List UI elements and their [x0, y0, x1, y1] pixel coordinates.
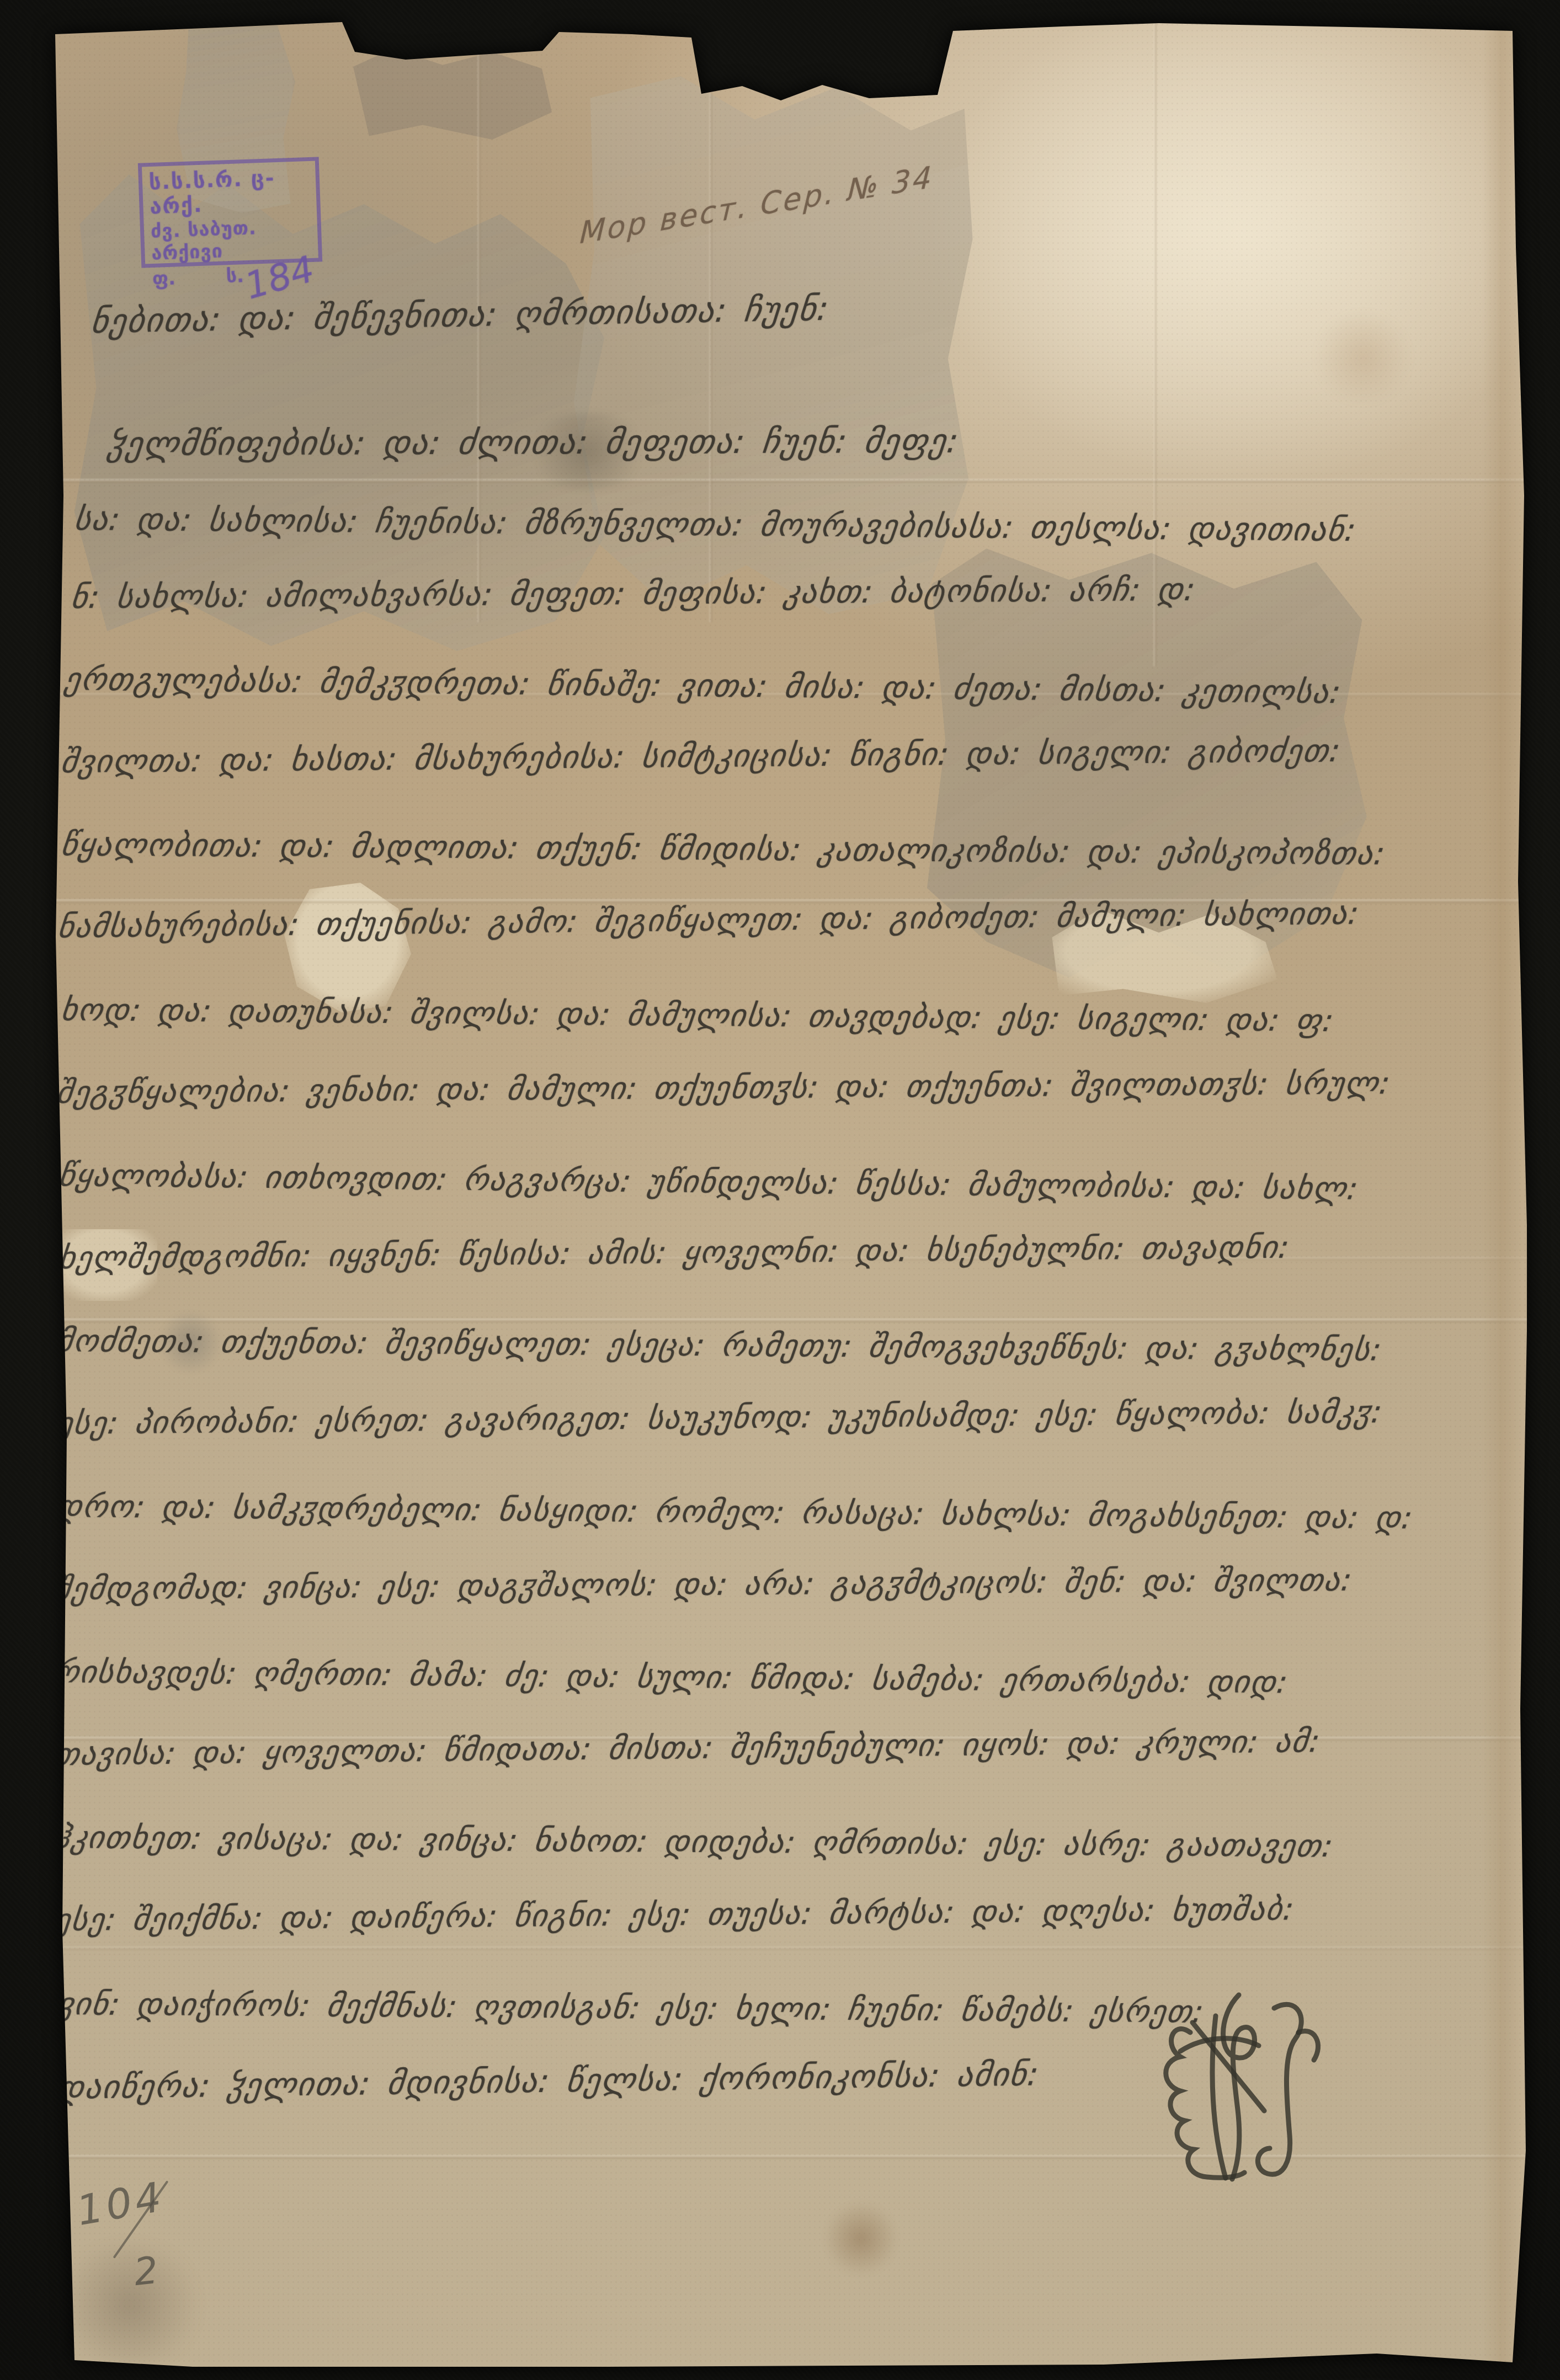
stain — [825, 2200, 897, 2277]
manuscript-line: დრო: და: სამკჳდრებელი: ნასყიდი: რომელ: რ… — [55, 1488, 1416, 1536]
stamp-line-1: ს.ს.ს.რ. ც-არქ. — [148, 164, 311, 218]
fold-crease — [52, 1946, 1527, 1950]
manuscript-line: ჴელმწიფებისა: და: ძლითა: მეფეთა: ჩუენ: მ… — [105, 422, 962, 463]
manuscript-line: მოძმეთა: თქუენთა: შევიწყალეთ: ესეცა: რამ… — [55, 1323, 1385, 1368]
pencil-annotation: 104 2 — [74, 2167, 240, 2310]
manuscript-line: ესე: პირობანი: ესრეთ: გავარიგეთ: საუკუნო… — [55, 1394, 1385, 1442]
manuscript-line: ესე: შეიქმნა: და: დაიწერა: წიგნი: ესე: თ… — [52, 1891, 1297, 1938]
fold-crease-vertical — [1153, 15, 1157, 666]
manuscript-line: შეგჳწყალებია: ვენახი: და: მამული: თქუენთ… — [55, 1065, 1393, 1111]
manuscript-paper-wrap: ნებითა: და: შეწევნითა: ღმრთისათა: ჩუენ: … — [52, 15, 1527, 2367]
archive-stamp: ს.ს.ს.რ. ც-არქ. ძვ. საბუთ. არქივი ფ. ს. … — [138, 157, 322, 268]
manuscript-line: ხელშემდგომნი: იყვნენ: წესისა: ამის: ყოვე… — [57, 1229, 1292, 1276]
manuscript-line: რისხავდეს: ღმერთი: მამა: ძე: და: სული: წ… — [52, 1654, 1291, 1700]
manuscript-line: დაიწერა: ჴელითა: მდივნისა: წელსა: ქორონი… — [56, 2055, 1041, 2106]
stamp-fond-label: ფ. — [152, 268, 175, 290]
fold-crease — [52, 1319, 1527, 1322]
manuscript-line: შემდგომად: ვინცა: ესე: დაგჳშალოს: და: არ… — [52, 1562, 1355, 1607]
pencil-denominator: 2 — [132, 2249, 160, 2294]
stamp-number-handwritten: 184 — [243, 258, 316, 298]
right-edge-fold — [1483, 25, 1526, 2363]
fold-crease — [52, 479, 1527, 483]
manuscript-line: თავისა: და: ყოველთა: წმიდათა: მისთა: შეჩ… — [52, 1723, 1323, 1773]
manuscript-line: ვინ: დაიჭიროს: მექმნას: ღვთისგან: ესე: ხ… — [56, 1986, 1207, 2030]
torn-fragment-top-edge — [353, 49, 552, 140]
manuscript-line: წყალობასა: ითხოვდით: რაგვარცა: უწინდელსა… — [57, 1157, 1361, 1207]
manuscript-line: ხოდ: და: დათუნასა: შვილსა: და: მამულისა:… — [59, 992, 1337, 1039]
stain — [1311, 313, 1415, 402]
manuscript-paper: ნებითა: და: შეწევნითა: ღმრთისათა: ჩუენ: … — [52, 15, 1527, 2367]
pencil-numerator: 104 — [73, 2173, 168, 2235]
manuscript-line: ჰკითხეთ: ვისაცა: და: ვინცა: ნახოთ: დიდებ… — [52, 1819, 1336, 1864]
royal-monogram-seal — [1156, 1979, 1338, 2211]
stamp-line-3: ფ. ს. 184 — [152, 263, 313, 290]
